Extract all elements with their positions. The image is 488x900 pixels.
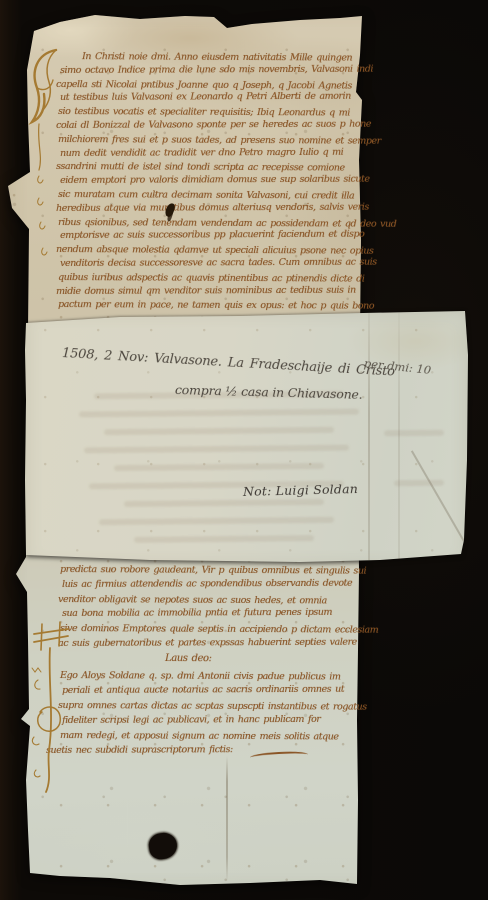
notary-signature: Not: Luigi Soldan [243, 481, 358, 499]
notary-signum-mark [28, 620, 74, 805]
folded-paper-flap: 1508, 2 Nov: Valvasone. La Fradeschaije … [24, 310, 469, 568]
manuscript-line: num dedit vendidit ac tradidit ver dno P… [60, 145, 370, 160]
fold-crease [226, 756, 228, 882]
archival-date-annotation: 1508, 2 Nov: Valvasone. La Fradeschaije … [62, 346, 396, 380]
ink-bleed-through [79, 409, 359, 418]
ink-bleed-through [99, 517, 334, 525]
manuscript-line: fideliter scripsi legi ac publicavi, et … [62, 712, 372, 728]
manuscript-text-top: In Christi noie dmi. Anno eiusdem nativi… [58, 50, 370, 312]
ink-bleed-through [104, 427, 334, 435]
manuscript-line: ac suis gubernatoribus et partes expssas… [58, 636, 372, 652]
manuscript-line: suetis nec subdidi suprascriptorum ficti… [46, 742, 372, 758]
ink-bleed-through [124, 499, 324, 507]
notarial-subscription: Ego Aloys Soldane q. sp. dmi Antonii civ… [60, 668, 372, 758]
manuscript-line: periali et antiqua aucte notarius ac sac… [62, 682, 372, 698]
flap-fold-crease [368, 310, 370, 568]
manuscript-line: luis ac firmius attendendis ac spondendi… [62, 576, 372, 592]
ink-bleed-through [84, 445, 349, 454]
flap-fold-crease [398, 310, 400, 568]
ink-bleed-through [384, 430, 444, 437]
purchase-annotation: compra ½ casa in Chiavasone. [175, 382, 363, 402]
manuscript-line: emptorisve ac suis successoribus pp plac… [60, 228, 370, 243]
manuscript-line: eidem emptori pro valoris dimidiam domus… [60, 173, 370, 188]
manuscript-line: midie domus simul qm venditor suis nomin… [56, 283, 370, 298]
ink-bleed-through [134, 535, 314, 543]
manuscript-line: venditoris decisa successoresve ac sacra… [60, 256, 370, 271]
manuscript-line: simo octavo Indice prima die lune sdo mi… [60, 62, 370, 77]
ink-bleed-through [394, 480, 444, 487]
archival-scan-photo: In Christi noie dmi. Anno eiusdem nativi… [0, 0, 488, 900]
ink-bleed-through [114, 463, 324, 471]
manuscript-line: Laus deo: [165, 652, 285, 666]
flap-surface: 1508, 2 Nov: Valvasone. La Fradeschaije … [24, 310, 469, 568]
manuscript-line: colai dl Bonizzal de Valvasono sponte pe… [56, 118, 370, 133]
closing-invocation: Laus deo: [165, 652, 285, 666]
manuscript-text-bottom: predicta suo robore gaudeant, Vir p quib… [60, 563, 372, 652]
flap-diagonal-crease [411, 450, 464, 541]
manuscript-line: ut testibus luis Valvasoni ex Leonardo q… [60, 90, 370, 105]
manuscript-line: sua bona mobilia ac immobilia pntia et f… [62, 606, 372, 622]
manuscript-line: heredibus atque via muratibus domus alte… [56, 200, 370, 215]
